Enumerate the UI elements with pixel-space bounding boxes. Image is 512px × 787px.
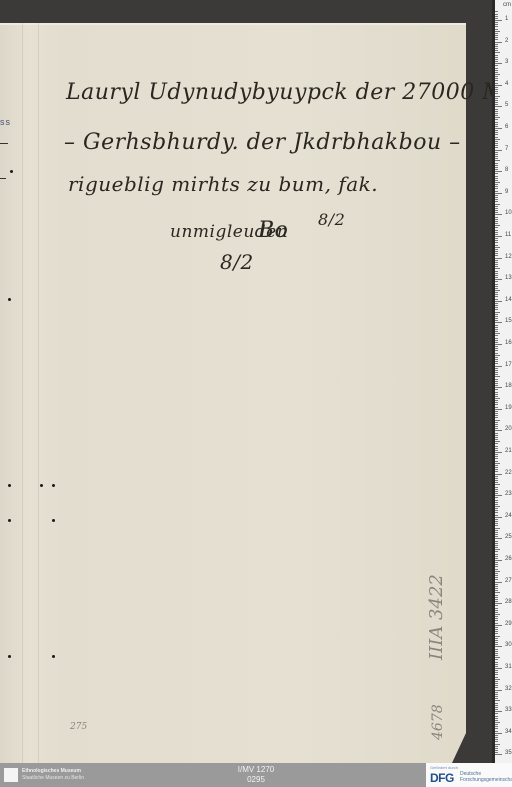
ruler-tick: [495, 465, 498, 466]
ruler-tick: [495, 80, 498, 81]
margin-mark: [52, 655, 55, 658]
ruler-tick: [495, 353, 498, 354]
ruler-tick: [495, 126, 498, 127]
ruler-tick: [495, 111, 498, 112]
ruler-tick: [495, 385, 498, 386]
ruler-tick: [495, 638, 498, 639]
ruler-tick: [495, 266, 498, 267]
ruler-tick: [495, 33, 498, 34]
ruler-tick: [495, 737, 498, 738]
ruler-tick: [495, 538, 498, 539]
ruler-tick: [495, 305, 498, 306]
ruler-tick: [495, 26, 498, 27]
ruler-tick: [495, 497, 498, 498]
ruler-tick: [495, 659, 498, 660]
ruler-tick: [495, 750, 498, 751]
ruler-tick: [495, 271, 498, 272]
dfg-name-line2: Forschungsgemeinschaft: [460, 777, 512, 783]
ruler-tick: [495, 713, 498, 714]
ruler-tick: [495, 392, 498, 393]
ruler-number: 15: [505, 318, 512, 324]
ruler-tick: [495, 104, 498, 105]
ruler-tick: [495, 741, 498, 742]
ruler-tick: [495, 199, 498, 200]
ruler-tick: [495, 130, 498, 131]
ruler-tick: [495, 487, 498, 488]
ruler-tick: [495, 338, 498, 339]
cm-ruler: cm 1234567891011121314151617181920212223…: [492, 0, 512, 763]
ruler-tick: [495, 631, 498, 632]
handwriting-line-2: – Gerhsbhurdy. der Jkdrbhakbou –: [64, 130, 461, 155]
ruler-tick: [495, 178, 498, 179]
ruler-tick: [495, 141, 498, 142]
ruler-tick: [495, 521, 498, 522]
ruler-tick: [495, 627, 498, 628]
margin-mark: [10, 170, 13, 173]
ruler-tick: [495, 234, 498, 235]
ruler-tick: [495, 102, 498, 103]
ruler-number: 28: [505, 599, 512, 605]
ruler-tick: [495, 255, 498, 256]
ruler-tick: [495, 726, 498, 727]
ruler-tick: [495, 744, 500, 745]
ruler-tick: [495, 577, 498, 578]
ruler-tick: [495, 169, 498, 170]
ruler-tick: [495, 748, 498, 749]
ruler-tick: [495, 258, 498, 259]
ruler-tick: [495, 273, 498, 274]
ruler-tick: [495, 143, 498, 144]
ruler-tick: [495, 318, 498, 319]
ruler-tick: [495, 491, 498, 492]
ruler-tick: [495, 510, 498, 511]
ruler-tick: [495, 277, 498, 278]
ruler-tick: [495, 478, 498, 479]
ruler-tick: [495, 437, 498, 438]
ruler-number: 11: [505, 232, 511, 238]
handwriting-line-3: rigueblig mirhts zu bum, fak.: [68, 172, 378, 196]
ruler-tick: [495, 268, 500, 269]
ruler-tick: [495, 500, 498, 501]
ruler-number: 12: [505, 254, 512, 260]
ruler-tick: [495, 506, 500, 507]
margin-stamp: ss: [0, 117, 11, 127]
ruler-tick: [495, 320, 498, 321]
ruler-tick: [495, 603, 498, 604]
ruler-number: 9: [505, 189, 508, 195]
ruler-tick: [495, 703, 498, 704]
signature-initials: Bo: [258, 218, 288, 243]
ruler-tick: [495, 716, 498, 717]
ruler-tick: [495, 625, 498, 626]
ruler-tick: [495, 37, 498, 38]
ruler-tick: [495, 109, 498, 110]
ruler-tick: [495, 383, 498, 384]
ruler-tick: [495, 720, 498, 721]
ruler-tick: [495, 357, 498, 358]
ruler-tick: [495, 733, 498, 734]
ruler-tick: [495, 201, 498, 202]
ruler-tick: [495, 396, 498, 397]
ruler-tick: [495, 16, 498, 17]
ruler-tick: [495, 649, 498, 650]
ruler-tick: [495, 724, 498, 725]
ruler-tick: [495, 370, 498, 371]
ruler-tick: [495, 87, 498, 88]
ruler-tick: [495, 206, 498, 207]
ruler-tick: [495, 18, 498, 19]
ruler-tick: [495, 238, 498, 239]
ruler-tick: [495, 76, 498, 77]
ruler-tick: [495, 489, 498, 490]
ruler-tick: [495, 592, 500, 593]
ruler-tick: [495, 327, 498, 328]
ruler-number: 29: [505, 621, 512, 627]
ruler-tick: [495, 694, 498, 695]
ruler-tick: [495, 83, 498, 84]
paper-top-edge: [0, 23, 466, 25]
ruler-number: 23: [505, 491, 512, 497]
margin-mark: [8, 519, 11, 522]
ruler-tick: [495, 65, 498, 66]
ruler-tick: [495, 176, 498, 177]
ruler-tick: [495, 651, 498, 652]
ruler-tick: [495, 72, 498, 73]
ruler-tick: [495, 264, 498, 265]
ruler-tick: [495, 61, 498, 62]
ruler-tick: [495, 70, 498, 71]
ruler-tick: [495, 424, 498, 425]
ruler-tick: [495, 29, 498, 30]
ruler-tick: [495, 331, 498, 332]
ruler-tick: [495, 731, 498, 732]
ruler-number: 14: [505, 297, 512, 303]
ruler-tick: [495, 284, 498, 285]
ruler-tick: [495, 407, 498, 408]
ruler-number: 32: [505, 686, 512, 692]
ruler-tick: [495, 461, 498, 462]
ruler-number: 24: [505, 513, 512, 519]
ruler-tick: [495, 186, 498, 187]
ruler-number: 2: [505, 38, 508, 44]
ruler-tick: [495, 450, 498, 451]
ruler-tick: [495, 448, 498, 449]
ruler-tick: [495, 363, 498, 364]
ruler-tick: [495, 20, 498, 21]
ruler-tick: [495, 456, 498, 457]
ruler-tick: [495, 329, 498, 330]
footer-bar: Ethnologisches Museum Staatliche Museen …: [0, 763, 512, 787]
ruler-tick: [495, 685, 498, 686]
ruler-tick: [495, 210, 498, 211]
ruler-tick: [495, 212, 498, 213]
ruler-tick: [495, 420, 500, 421]
ruler-tick: [495, 117, 500, 118]
ruler-tick: [495, 236, 498, 237]
ruler-tick: [495, 543, 498, 544]
ruler-tick: [495, 296, 498, 297]
ruler-tick: [495, 528, 500, 529]
ruler-tick: [495, 735, 498, 736]
ruler-tick: [495, 376, 500, 377]
ruler-tick: [495, 463, 500, 464]
ruler-tick: [495, 52, 500, 53]
ruler-tick: [495, 536, 498, 537]
dfg-logo-icon: DFG: [430, 771, 454, 785]
ruler-tick: [495, 430, 498, 431]
ruler-tick: [495, 690, 498, 691]
ruler-tick: [495, 91, 498, 92]
ruler-tick: [495, 372, 498, 373]
ruler-tick: [495, 752, 498, 753]
ruler-tick: [495, 469, 498, 470]
ruler-tick: [495, 571, 500, 572]
ruler-tick: [495, 191, 498, 192]
ruler-unit: cm: [503, 2, 511, 8]
ruler-tick: [495, 398, 500, 399]
ruler-tick: [495, 11, 498, 12]
ruler-tick: [495, 433, 498, 434]
ruler-tick: [495, 387, 498, 388]
ruler-tick: [495, 636, 500, 637]
ruler-tick: [495, 368, 498, 369]
ruler-tick: [495, 219, 498, 220]
ruler-tick: [495, 346, 498, 347]
ruler-tick: [495, 525, 498, 526]
ruler-tick: [495, 569, 498, 570]
ruler-tick: [495, 139, 500, 140]
margin-mark: [52, 519, 55, 522]
ruler-tick: [495, 227, 498, 228]
ruler-tick: [495, 595, 498, 596]
ruler-tick: [495, 700, 500, 701]
ruler-tick: [495, 670, 498, 671]
margin-mark: [8, 655, 11, 658]
ruler-tick: [495, 303, 498, 304]
ruler-number: 4: [505, 81, 508, 87]
ruler-tick: [495, 409, 498, 410]
ruler-tick: [495, 454, 498, 455]
ruler-tick: [495, 46, 498, 47]
ruler-tick: [495, 746, 498, 747]
ruler-number: 19: [505, 405, 512, 411]
ruler-tick: [495, 279, 498, 280]
ruler-tick: [495, 566, 498, 567]
ruler-tick: [495, 340, 498, 341]
ruler-tick: [495, 739, 498, 740]
ruler-tick: [495, 519, 498, 520]
ruler-tick: [495, 31, 500, 32]
ruler-number: 8: [505, 167, 508, 173]
ruler-tick: [495, 590, 498, 591]
ruler-number: 21: [505, 448, 512, 454]
ruler-tick: [495, 314, 498, 315]
ruler-tick: [495, 709, 498, 710]
ruler-tick: [495, 484, 500, 485]
ruler-tick-major: [495, 754, 502, 755]
ruler-tick: [495, 482, 498, 483]
ruler-tick: [495, 374, 498, 375]
ruler-tick: [495, 208, 498, 209]
ruler-tick: [495, 610, 498, 611]
ruler-number: 27: [505, 578, 512, 584]
ruler-tick: [495, 640, 498, 641]
ruler-number: 35: [505, 750, 512, 756]
ruler-tick: [495, 379, 498, 380]
ruler-tick: [495, 335, 498, 336]
ruler-tick: [495, 59, 498, 60]
ruler-tick: [495, 467, 498, 468]
ruler-tick: [495, 50, 498, 51]
ruler-tick: [495, 441, 500, 442]
ruler-tick: [495, 458, 498, 459]
ruler-tick: [495, 413, 498, 414]
ruler-tick: [495, 575, 498, 576]
ruler-tick: [495, 147, 498, 148]
ruler-tick: [495, 24, 498, 25]
signature-date-below: 8/2: [220, 250, 254, 274]
ruler-tick: [495, 188, 498, 189]
ruler-tick: [495, 158, 498, 159]
ruler-tick: [495, 666, 498, 667]
ruler-tick: [495, 545, 498, 546]
ruler-tick: [495, 184, 498, 185]
ruler-tick: [495, 361, 498, 362]
ruler-tick: [495, 247, 500, 248]
fold-line: [38, 23, 39, 763]
ruler-number: 13: [505, 275, 512, 281]
ruler-tick: [495, 294, 498, 295]
ruler-tick: [495, 608, 498, 609]
ruler-tick: [495, 301, 498, 302]
ruler-tick: [495, 554, 498, 555]
ruler-tick: [495, 322, 498, 323]
ruler-tick: [495, 260, 498, 261]
ruler-tick: [495, 42, 498, 43]
ruler-tick: [495, 616, 498, 617]
ruler-tick: [495, 115, 498, 116]
ruler-tick: [495, 182, 500, 183]
margin-mark: [0, 143, 8, 144]
ruler-tick: [495, 579, 498, 580]
ruler-tick: [495, 355, 500, 356]
ruler-tick: [495, 698, 498, 699]
ruler-number: 25: [505, 534, 512, 540]
ruler-tick: [495, 422, 498, 423]
ruler-number: 33: [505, 707, 512, 713]
ruler-tick: [495, 249, 498, 250]
ruler-number: 22: [505, 470, 512, 476]
ruler-tick: [495, 556, 498, 557]
ruler-tick: [495, 657, 500, 658]
ruler-tick: [495, 471, 498, 472]
ruler-tick: [495, 55, 498, 56]
ruler-tick: [495, 342, 498, 343]
ruler-tick: [495, 517, 498, 518]
ruler-tick: [495, 504, 498, 505]
ruler-tick: [495, 128, 498, 129]
ruler-number: 34: [505, 729, 512, 735]
inventory-number: IIIA 3422: [426, 574, 447, 660]
ruler-tick: [495, 728, 498, 729]
ruler-tick: [495, 152, 498, 153]
ruler-tick: [495, 44, 498, 45]
ruler-tick: [495, 307, 498, 308]
ruler-tick: [495, 674, 498, 675]
ruler-tick: [495, 629, 498, 630]
ruler-tick: [495, 644, 498, 645]
ruler-tick: [495, 681, 498, 682]
ruler-tick: [495, 312, 500, 313]
ruler-number: 5: [505, 102, 508, 108]
ruler-tick: [495, 281, 498, 282]
ruler-tick: [495, 560, 498, 561]
ruler-tick: [495, 150, 498, 151]
ruler-tick: [495, 696, 498, 697]
ruler-tick: [495, 286, 498, 287]
margin-mark: [8, 484, 11, 487]
ruler-tick: [495, 96, 500, 97]
ruler-tick: [495, 633, 498, 634]
ruler-tick: [495, 646, 498, 647]
ruler-tick: [495, 119, 498, 120]
ruler-tick: [495, 474, 498, 475]
ruler-tick: [495, 344, 498, 345]
ruler-tick: [495, 573, 498, 574]
ruler-tick: [495, 534, 498, 535]
ruler-tick: [495, 402, 498, 403]
ruler-tick: [495, 57, 498, 58]
ruler-tick: [495, 122, 498, 123]
margin-mark: [0, 178, 6, 179]
ruler-tick: [495, 193, 498, 194]
ruler-tick: [495, 134, 498, 135]
ruler-tick: [495, 564, 498, 565]
ruler-tick: [495, 599, 498, 600]
ruler-tick: [495, 389, 498, 390]
margin-mark: [52, 484, 55, 487]
ruler-tick: [495, 493, 498, 494]
ruler-tick: [495, 502, 498, 503]
ruler-number: 1: [505, 16, 508, 22]
ruler-tick: [495, 262, 498, 263]
ruler-tick: [495, 167, 498, 168]
ruler-tick: [495, 687, 498, 688]
ruler-tick: [495, 515, 498, 516]
ruler-tick: [495, 415, 498, 416]
ruler-tick: [495, 204, 500, 205]
margin-mark: [40, 484, 43, 487]
ruler-tick: [495, 165, 498, 166]
ruler-tick: [495, 597, 498, 598]
ruler-tick: [495, 495, 498, 496]
ruler-tick: [495, 452, 498, 453]
ruler-tick: [495, 232, 498, 233]
ruler-tick: [495, 584, 498, 585]
ruler-tick: [495, 230, 498, 231]
ruler-tick: [495, 707, 498, 708]
ruler-tick: [495, 333, 500, 334]
ruler-tick: [495, 443, 498, 444]
ruler-tick: [495, 290, 500, 291]
ruler-tick: [495, 446, 498, 447]
ruler-number: 16: [505, 340, 512, 346]
ruler-tick: [495, 68, 498, 69]
ruler-tick: [495, 480, 498, 481]
ruler-tick: [495, 586, 498, 587]
ruler-tick: [495, 366, 498, 367]
ruler-tick: [495, 582, 498, 583]
